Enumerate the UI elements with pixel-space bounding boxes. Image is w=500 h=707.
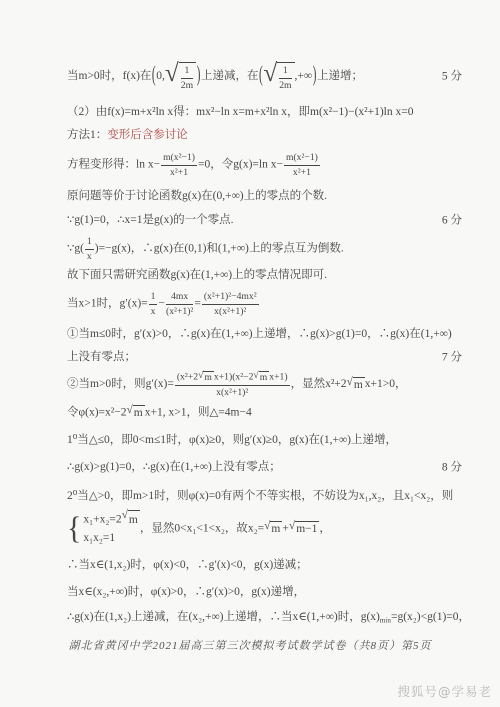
big-paren: )	[312, 66, 317, 88]
denominator: x	[85, 250, 94, 263]
fraction: 12m	[181, 65, 193, 91]
math-text: ，显然x²+2	[291, 378, 347, 390]
line-subcase1-conclusion: ∴g(x)>g(1)=0，∴g(x)在(1,+∞)上没有零点；8 分	[67, 460, 462, 475]
math-text: m	[354, 379, 363, 391]
math-text: ②当m>0时，则g′(x)=	[67, 378, 174, 390]
radical-sign: √	[263, 62, 277, 85]
line-derivative: 当x>1时，g′(x)=1x−4mx(x²+1)²=(x²+1)²−4mx²x(…	[67, 291, 462, 317]
math-text: x₁+x₂=2	[83, 513, 121, 525]
math-text: 上递减，在	[201, 70, 259, 82]
math-text: 2m	[279, 80, 291, 91]
denominator: x	[149, 305, 158, 318]
big-paren: (	[151, 66, 156, 88]
denominator: x²+1	[161, 166, 197, 179]
math-text: m	[260, 372, 268, 383]
line-method1: 方法1：变形后含参讨论	[67, 128, 462, 143]
line-subcase2: 2⁰当△>0，即m>1时，则φ(x)=0有两个不等实根，不妨设为x₁,x₂，且x…	[67, 489, 462, 504]
sqrt-radical: √m	[264, 521, 282, 537]
denominator: x²+1	[284, 166, 320, 179]
math-text: x	[151, 306, 156, 317]
math-text: =g(x₂)<g(1)=0，	[391, 611, 470, 623]
radicand: 12m	[277, 62, 294, 91]
line-increasing: 当x∈(x₂,+∞)时，φ(x)>0，∴g′(x)>0，g(x)递增，	[67, 585, 462, 600]
math-text: −	[158, 298, 165, 310]
math-text: 当m>0时，f(x)在	[67, 70, 151, 82]
sqrt-radical: √12m	[263, 62, 294, 91]
math-text: （2）由f(x)=m+x²ln x得：mx²−ln x=m+x²ln x，即m(…	[67, 106, 413, 118]
score-mark: 7 分	[442, 350, 462, 365]
math-text: m	[129, 514, 138, 526]
math-text: m−1	[296, 523, 317, 535]
numerator: (x²+2√mx+1)(x²−2√mx+1)	[175, 371, 290, 386]
math-text: ∴当x∈(1,x₂)时，φ(x)<0，∴g′(x)<0，g(x)递减；	[67, 559, 308, 571]
score-mark: 6 分	[442, 213, 462, 228]
math-text: ，	[319, 523, 331, 535]
math-text: )=−g(x)，∴g(x)在(0,1)和(1,+∞)上的零点互为倒数.	[95, 243, 344, 255]
math-text: 1	[283, 65, 288, 76]
math-text: 上递增；	[317, 70, 363, 82]
exam-solution-page: 当m>0时，f(x)在(0,√12m)上递减，在(√12m,+∞)上递增；5 分…	[0, 0, 500, 707]
math-text: =0，令g(x)=ln x−	[198, 159, 283, 171]
radicand: m	[270, 521, 282, 537]
radicand: m	[128, 510, 140, 529]
fraction: 4mx(x²+1)²	[166, 291, 193, 317]
math-text: ∴g(x)>g(1)=0，∴g(x)在(1,+∞)上没有零点；	[67, 461, 281, 473]
math-text: m(x²−1)	[163, 152, 195, 163]
denominator: 2m	[181, 79, 193, 92]
numerator: 4mx	[166, 291, 193, 305]
line-subcase1: 1⁰当△≤0，即0<m≤1时，φ(x)≥0，则g′(x)≥0，g(x)在(1,+…	[67, 433, 462, 448]
math-text: x(x²+1)²	[214, 306, 246, 317]
system-row: x₁+x₂=2√m	[83, 510, 140, 529]
radicand: m	[259, 371, 270, 384]
math-text: m	[134, 407, 143, 419]
line-g1-zero: ∵g(1)=0，∴x=1是g(x)的一个零点.6 分	[67, 213, 462, 228]
math-text: 当x∈(x₂,+∞)时，φ(x)>0，∴g′(x)>0，g(x)递增，	[67, 586, 305, 598]
line-f-monotone: 当m>0时，f(x)在(0,√12m)上递减，在(√12m,+∞)上递增；5 分	[67, 62, 462, 91]
sqrt-radical: √m	[126, 405, 144, 421]
math-text: x²+1	[170, 167, 188, 178]
radical-sign: √	[165, 62, 179, 85]
line-no-zero: 上没有零点；7 分	[67, 350, 462, 365]
system-row: x₁x₂=1	[83, 529, 140, 547]
fraction: 1x	[85, 236, 94, 262]
math-text: (x²+1)²	[166, 306, 193, 317]
math-text: =	[194, 298, 201, 310]
math-text: 方程变形得：ln x−	[67, 159, 160, 171]
numerator: m(x²−1)	[161, 152, 197, 166]
brace-icon: {	[67, 516, 81, 541]
radicand: m	[353, 377, 365, 393]
denominator: x(x²+1)²	[202, 305, 259, 318]
math-text: x+1)	[269, 372, 287, 383]
numerator: (x²+1)²−4mx²	[202, 291, 259, 305]
sqrt-radical: √m	[347, 377, 365, 393]
math-text: 原问题等价于讨论函数g(x)在(0,+∞)上的零点的个数.	[67, 190, 327, 202]
page: { "document": { "colors": { "background"…	[0, 0, 500, 707]
denominator: (x²+1)²	[166, 305, 193, 318]
equation-system: {x₁+x₂=2√mx₁x₂=1	[67, 510, 140, 548]
big-paren: (	[258, 66, 263, 88]
math-text: (	[80, 243, 84, 255]
line-part2-setup: （2）由f(x)=m+x²ln x得：mx²−ln x=m+x²ln x，即m(…	[67, 105, 462, 120]
line-equivalent: 原问题等价于讨论函数g(x)在(0,+∞)上的零点的个数.	[67, 189, 462, 204]
system-rows: x₁+x₂=2√mx₁x₂=1	[83, 510, 140, 548]
fraction: 1x	[149, 291, 158, 317]
math-text: x²+1	[293, 167, 311, 178]
math-text: x(x²+1)²	[216, 387, 248, 398]
math-text: 方法1：	[67, 129, 107, 141]
math-text: x	[87, 251, 92, 262]
subscript-label: min	[380, 616, 391, 624]
fraction: m(x²−1)x²+1	[161, 152, 197, 178]
math-text: 2⁰当△>0，即m>1时，则φ(x)=0有两个不等实根，不妨设为x₁,x₂，且x…	[67, 490, 453, 502]
line-study-interval: 故下面只需研究函数g(x)在(1,+∞)上的零点情况即可.	[67, 268, 462, 283]
math-text: (x²+2	[177, 372, 198, 383]
math-text: 1	[87, 236, 92, 247]
math-text: (x²+1)²−4mx²	[204, 291, 257, 302]
numerator: m(x²−1)	[284, 152, 320, 166]
math-text: x+1)(x²−2	[214, 372, 254, 383]
score-mark: 8 分	[442, 460, 462, 475]
sqrt-radical: √m	[253, 371, 269, 384]
fraction: m(x²−1)x²+1	[284, 152, 320, 178]
line-phi-def: 令φ(x)=x²−2√mx+1, x>1，则△=4m−4	[67, 405, 462, 421]
numerator: 1	[181, 65, 193, 79]
radicand: 12m	[179, 62, 196, 91]
math-text: x+1>0，	[365, 378, 407, 390]
line-reciprocal: ∵g(1x)=−g(x)，∴g(x)在(0,1)和(1,+∞)上的零点互为倒数.	[67, 236, 462, 262]
math-text: 1	[151, 291, 156, 302]
math-text: 1⁰当△≤0，即0<m≤1时，φ(x)≥0，则g′(x)≥0，g(x)在(1,+…	[67, 434, 397, 446]
line-vieta: {x₁+x₂=2√mx₁x₂=1，显然0<x₁<1<x₂，故x₂=√m+√m−1…	[67, 510, 462, 548]
numerator: 1	[85, 236, 94, 250]
math-text: 上没有零点；	[67, 351, 136, 363]
line-decreasing: ∴当x∈(1,x₂)时，φ(x)<0，∴g′(x)<0，g(x)递减；	[67, 558, 462, 573]
fraction: (x²+2√mx+1)(x²−2√mx+1)x(x²+1)²	[175, 371, 290, 398]
math-text: 4mx	[171, 291, 188, 302]
line-case2-m-positive: ②当m>0时，则g′(x)=(x²+2√mx+1)(x²−2√mx+1)x(x²…	[67, 371, 462, 398]
watermark-sohu: 搜狐号@学易老	[397, 682, 492, 700]
line-case1-m-nonpositive: ①当m≤0时，g′(x)>0，∴g(x)在(1,+∞)上递增，∴g(x)>g(1…	[67, 327, 462, 342]
sqrt-radical: √m	[198, 371, 214, 384]
fraction: 12m	[279, 65, 291, 91]
denominator: x(x²+1)²	[175, 386, 290, 399]
math-text: m(x²−1)	[286, 152, 318, 163]
math-text: ∵g(1)=0，∴x=1是g(x)的一个零点.	[67, 214, 234, 226]
math-text: ，显然0<x₁<1<x₂，故x₂=	[140, 523, 264, 535]
math-text: x₁x₂=1	[83, 532, 115, 544]
math-text: 当x>1时，g′(x)=	[67, 298, 148, 310]
math-text: ∵g	[67, 243, 80, 255]
sqrt-radical: √m	[122, 510, 140, 529]
numerator: 1	[149, 291, 158, 305]
score-mark: 5 分	[442, 69, 462, 84]
math-text: m	[271, 523, 280, 535]
math-text: 2m	[181, 80, 193, 91]
math-text: 0,	[156, 70, 165, 82]
math-text: ∴g(x)在(1,x₂)上递减，在(x₂,+∞)上递增，∴当x∈(1,+∞)时，…	[67, 611, 380, 623]
big-paren: )	[196, 66, 201, 88]
math-text: x+1, x>1，则△=4m−4	[145, 407, 252, 419]
line-minimum: ∴g(x)在(1,x₂)上递减，在(x₂,+∞)上递增，∴当x∈(1,+∞)时，…	[67, 610, 462, 626]
sqrt-radical: √m−1	[289, 521, 320, 537]
math-text: 令φ(x)=x²−2	[67, 407, 126, 419]
sqrt-radical: √12m	[165, 62, 196, 91]
radicand: m	[133, 405, 145, 421]
line-transform: 方程变形得：ln x−m(x²−1)x²+1=0，令g(x)=ln x−m(x²…	[67, 152, 462, 178]
numerator: 1	[279, 65, 291, 79]
solution-content: 当m>0时，f(x)在(0,√12m)上递减，在(√12m,+∞)上递增；5 分…	[67, 56, 462, 625]
page-footer: 湖北省黄冈中学2021届高三第三次模拟考试数学试卷（共8页）第5页	[0, 637, 500, 653]
radicand: m	[203, 371, 214, 384]
math-text: 1	[185, 65, 190, 76]
math-text: ,+∞	[295, 70, 313, 82]
radicand: m−1	[295, 521, 319, 537]
method-highlight: 变形后含参讨论	[107, 129, 188, 141]
math-text: 故下面只需研究函数g(x)在(1,+∞)上的零点情况即可.	[67, 269, 327, 281]
math-text: ①当m≤0时，g′(x)>0，∴g(x)在(1,+∞)上递增，∴g(x)>g(1…	[67, 328, 452, 340]
fraction: (x²+1)²−4mx²x(x²+1)²	[202, 291, 259, 317]
denominator: 2m	[279, 79, 291, 92]
math-text: m	[204, 372, 212, 383]
